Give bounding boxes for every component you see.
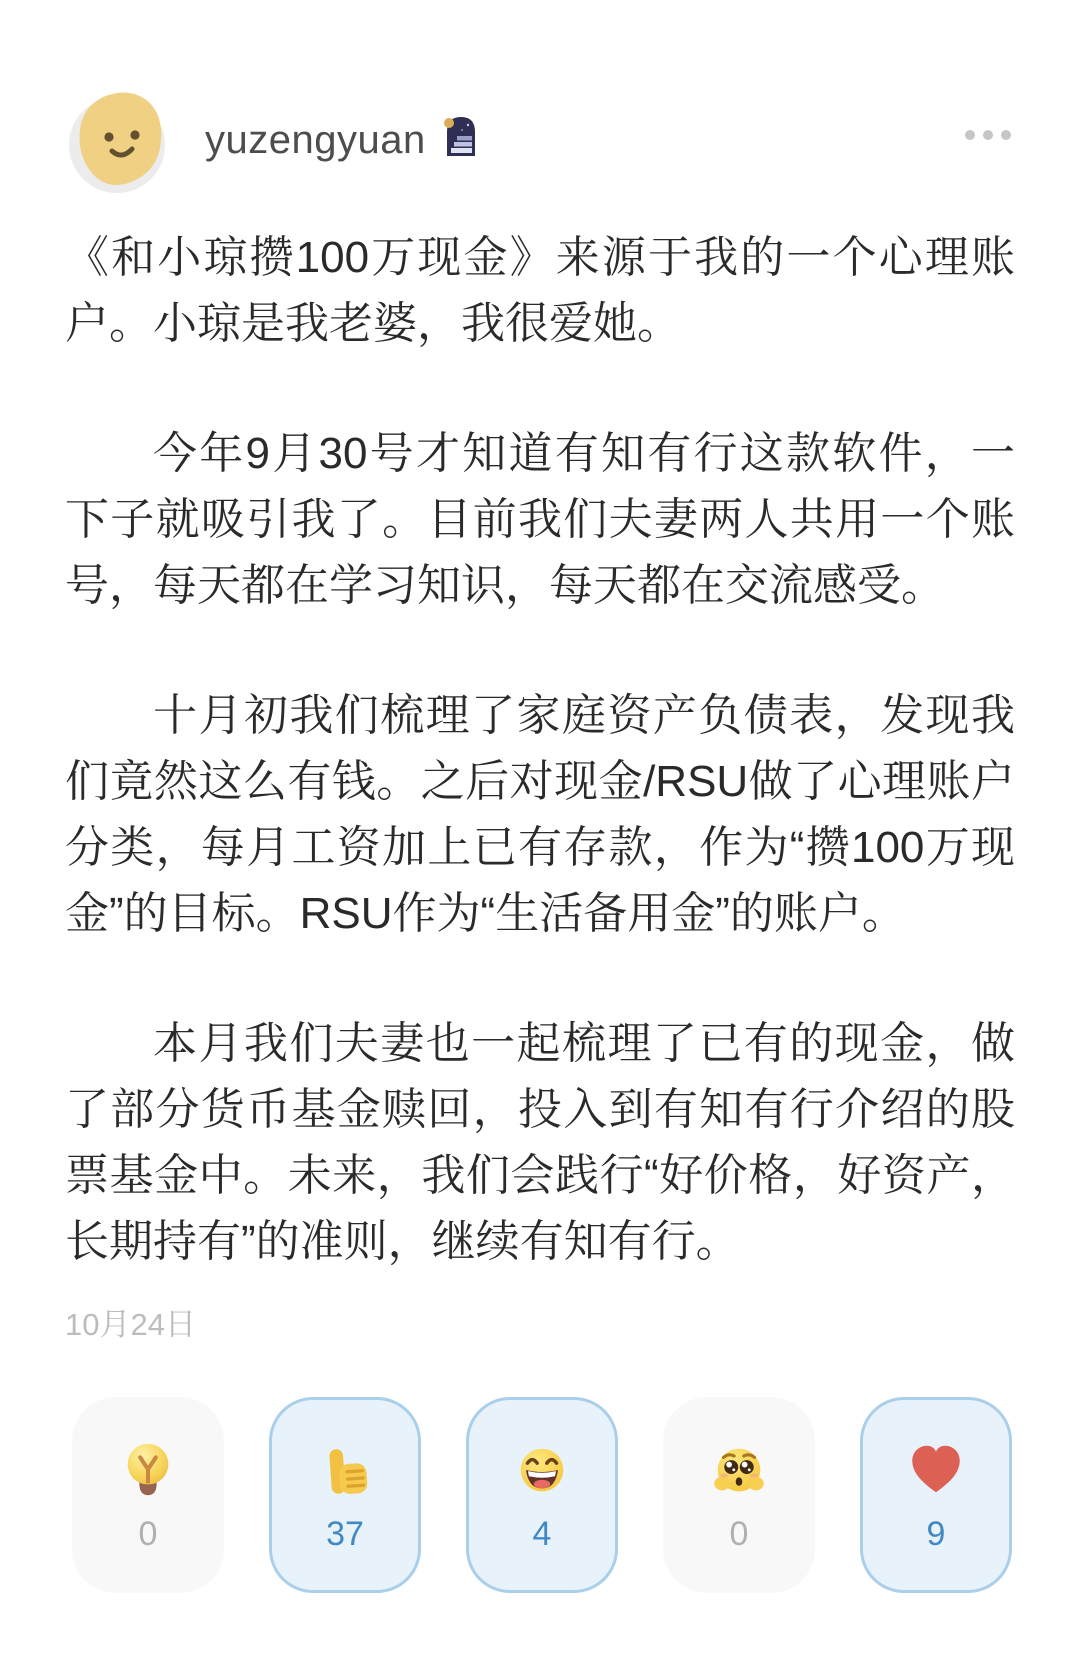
smiley-blob-avatar-icon <box>65 85 175 195</box>
reaction-thumbs-up-button[interactable]: 37 <box>269 1397 421 1593</box>
reaction-heart-button[interactable]: 9 <box>860 1397 1012 1593</box>
reaction-grinning-button[interactable]: 4 <box>466 1397 618 1593</box>
member-badge-icon <box>442 112 480 163</box>
post-paragraph: 《和小琼攒100万现金》来源于我的一个心理账户。小琼是我老婆，我很爱她。 <box>65 225 1015 357</box>
post-body: 《和小琼攒100万现金》来源于我的一个心理账户。小琼是我老婆，我很爱她。 今年9… <box>65 225 1015 1275</box>
post-paragraph: 本月我们夫妻也一起梳理了已有的现金，做了部分货币基金赎回，投入到有知有行介绍的股… <box>65 1011 1015 1275</box>
post-date: 10月24日 <box>65 1305 1015 1345</box>
ellipsis-dot <box>965 130 975 140</box>
thumbs-up-emoji-icon <box>314 1439 376 1501</box>
reaction-lightbulb-button[interactable]: 0 <box>72 1397 224 1593</box>
post-header: yuzengyuan <box>65 0 1015 195</box>
reaction-pleading-button[interactable]: 0 <box>663 1397 815 1593</box>
lightbulb-emoji-icon <box>117 1439 179 1501</box>
post-card: yuzengyuan 《和小琼攒100万现金》来源于我的一个心理账户。小琼是我老… <box>0 0 1080 1656</box>
avatar[interactable] <box>65 85 175 195</box>
reaction-bar: 0 37 <box>72 1397 1015 1593</box>
post-paragraph: 今年9月30号才知道有知有行这款软件，一下子就吸引我了。目前我们夫妻两人共用一个… <box>65 421 1015 619</box>
grinning-emoji-icon <box>511 1439 573 1501</box>
ellipsis-dot <box>983 130 993 140</box>
ellipsis-dot <box>1001 130 1011 140</box>
post-paragraph: 十月初我们梳理了家庭资产负债表，发现我们竟然这么有钱。之后对现金/RSU做了心理… <box>65 683 1015 947</box>
more-options-button[interactable] <box>963 120 1013 150</box>
reaction-count: 4 <box>533 1517 552 1551</box>
reaction-count: 0 <box>139 1517 158 1551</box>
pleading-emoji-icon <box>708 1439 770 1501</box>
reaction-count: 9 <box>927 1517 946 1551</box>
username[interactable]: yuzengyuan <box>205 118 426 163</box>
reaction-count: 0 <box>730 1517 749 1551</box>
reaction-count: 37 <box>326 1517 364 1551</box>
heart-emoji-icon <box>905 1439 967 1501</box>
